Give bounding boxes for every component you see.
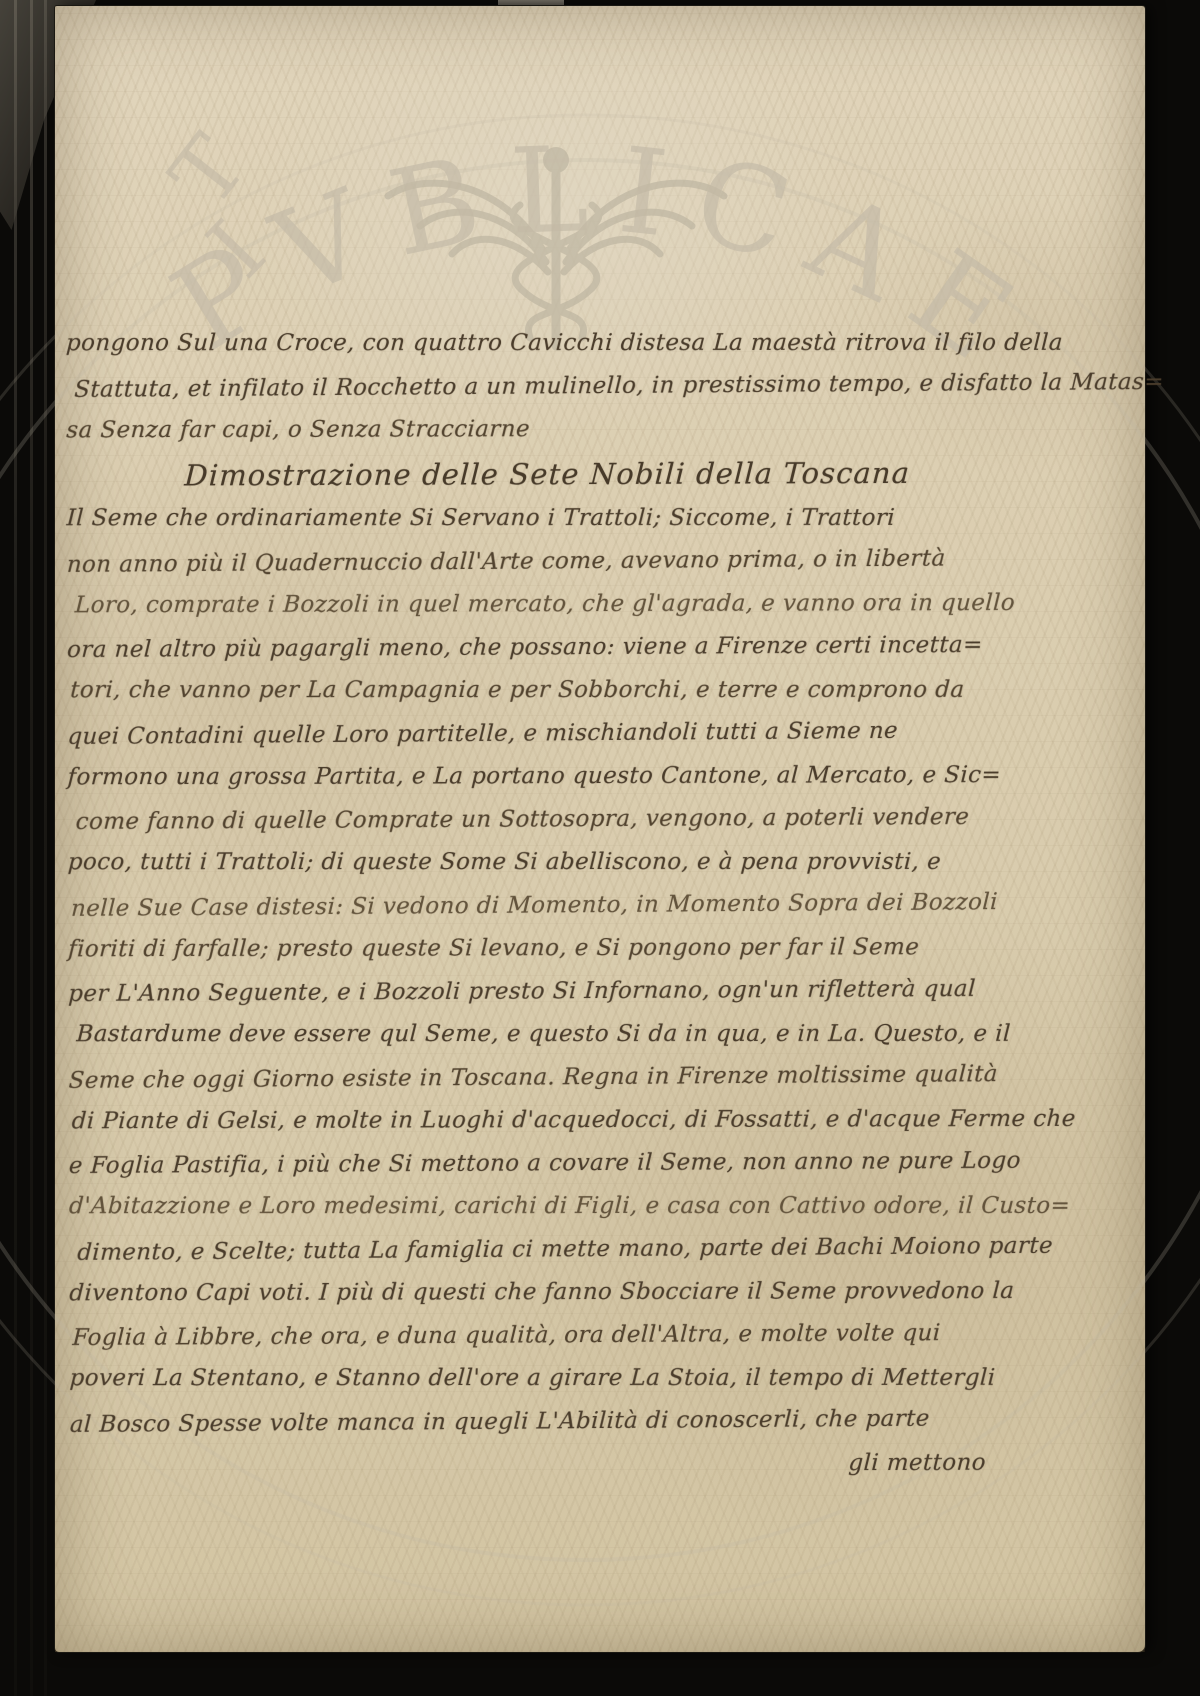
manuscript-line: formono una grossa Partita, e La portano… (66, 754, 1134, 800)
section-heading: Dimostrazione delle Sete Nobili della To… (65, 449, 1133, 499)
manuscript-line: sa Senza far capi, o Senza Stracciarne (65, 407, 1133, 453)
manuscript-line: poveri La Stentano, e Stanno dell'ore a … (69, 1357, 1137, 1400)
manuscript-line: Bastardume deve essere qul Seme, e quest… (75, 1013, 1135, 1056)
catchword: gli mettono (69, 1441, 1137, 1488)
folio-edge (44, 0, 47, 1696)
manuscript-line: non anno più il Quadernuccio dall'Arte c… (66, 536, 1134, 587)
manuscript-line: ora nel altro più pagargli meno, che pos… (66, 623, 1134, 672)
manuscript-line: d'Abitazzione e Loro medesimi, carichi d… (68, 1185, 1136, 1228)
manuscript-line: dimento, e Scelte; tutta La famiglia ci … (76, 1224, 1136, 1275)
manuscript-line: di Piante di Gelsi, e molte in Luoghi d'… (71, 1098, 1136, 1144)
manuscript-line: al Bosco Spesse volte manca in quegli L'… (69, 1396, 1137, 1447)
manuscript-line: Il Seme che ordinariamente Si Servano i … (66, 497, 1134, 540)
manuscript-text: pongono Sul una Croce, con quattro Cavic… (66, 320, 1136, 1488)
manuscript-line: per L'Anno Seguente, e i Bozzoli presto … (67, 967, 1135, 1016)
manuscript-line: fioriti di farfalle; presto queste Si le… (67, 926, 1135, 972)
folio-edge (14, 0, 17, 1696)
manuscript-line: tori, che vanno per La Campagnia e per S… (69, 669, 1134, 712)
manuscript-line: poco, tutti i Trattoli; di queste Some S… (67, 841, 1135, 884)
manuscript-line: diventono Capi voti. I più di questi che… (68, 1270, 1136, 1316)
manuscript-line: pongono Sul una Croce, con quattro Cavic… (65, 322, 1133, 365)
manuscript-line: nelle Sue Case distesi: Si vedono di Mom… (70, 880, 1135, 931)
manuscript-line: Seme che oggi Giorno esiste in Toscana. … (68, 1052, 1136, 1103)
manuscript-line: e Foglia Pastifia, i più che Si mettono … (68, 1139, 1136, 1188)
manuscript-line: Foglia à Libbre, che ora, e duna qualità… (72, 1311, 1137, 1360)
manuscript-line: Loro, comprate i Bozzoli in quel mercato… (74, 582, 1134, 628)
manuscript-line: Stattuta, et infilato il Rocchetto a un … (73, 361, 1133, 412)
folio-edge (30, 0, 33, 1696)
manuscript-line: quei Contadini quelle Loro partitelle, e… (66, 708, 1134, 759)
manuscript-line: come fanno di quelle Comprate un Sottoso… (75, 795, 1135, 844)
